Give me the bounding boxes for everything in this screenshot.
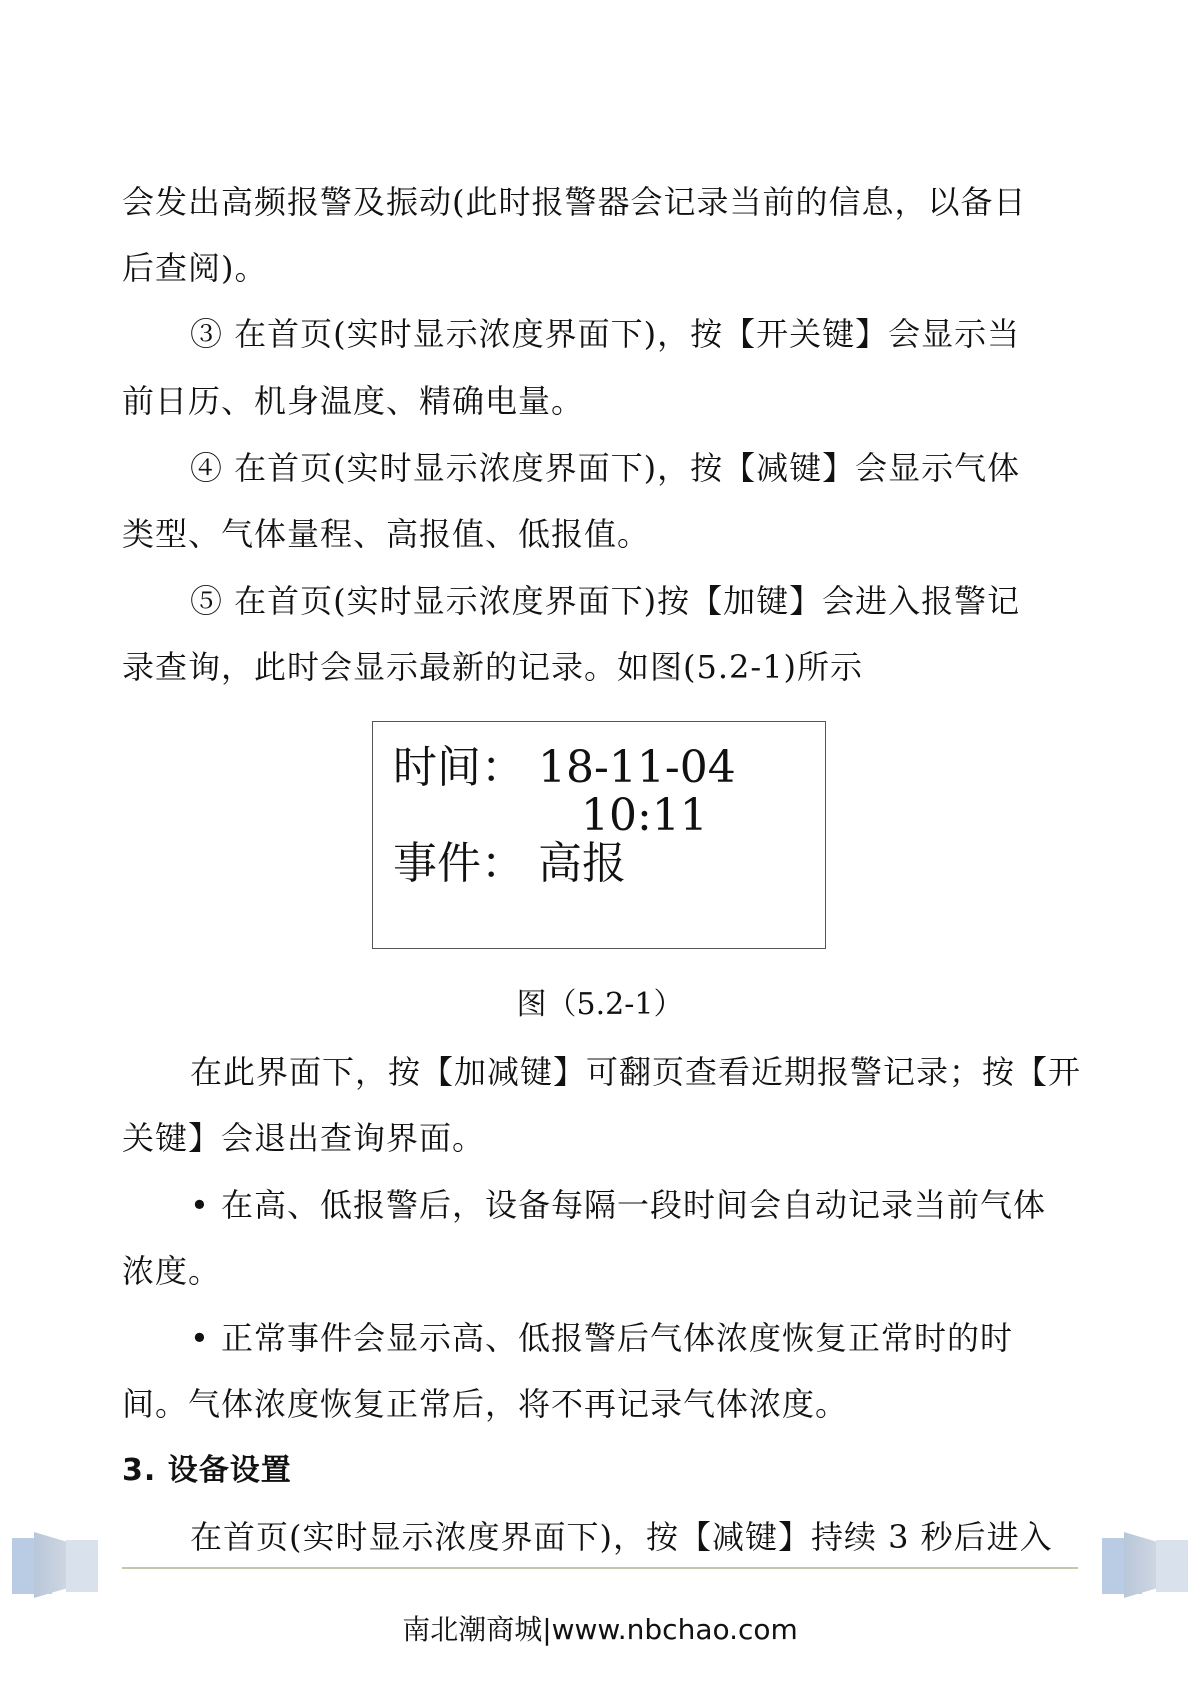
paragraph-line: 录查询，此时会显示最新的记录。如图(5.2-1)所示 bbox=[122, 647, 863, 687]
paragraph-line: 浓度。 bbox=[122, 1251, 221, 1291]
paragraph-line: 前日历、机身温度、精确电量。 bbox=[122, 381, 584, 421]
event-value: 高报 bbox=[538, 840, 626, 888]
left-book-decoration-icon bbox=[4, 1532, 100, 1598]
paragraph-line: 在首页(实时显示浓度界面下)，按【减键】持续 3 秒后进入 bbox=[190, 1517, 1053, 1557]
paragraph-line: 后查阅)。 bbox=[122, 248, 268, 288]
figure-caption: 图（5.2-1） bbox=[0, 985, 1200, 1025]
record-time: 10:11 bbox=[581, 792, 708, 840]
footer-site-link[interactable]: 南北潮商城|www.nbchao.com bbox=[0, 1612, 1200, 1648]
list-item-4: ④ 在首页(实时显示浓度界面下)，按【减键】会显示气体 bbox=[190, 448, 1020, 488]
paragraph-line: 类型、气体量程、高报值、低报值。 bbox=[122, 514, 650, 554]
device-screen-figure: 时间： 18-11-04 10:11 事件： 高报 bbox=[372, 721, 826, 949]
right-book-decoration-icon bbox=[1094, 1532, 1190, 1598]
record-date: 18-11-04 bbox=[538, 744, 736, 792]
paragraph-line: 关键】会退出查询界面。 bbox=[122, 1118, 485, 1158]
bullet-item: • 在高、低报警后，设备每隔一段时间会自动记录当前气体 bbox=[190, 1185, 1046, 1225]
time-label: 时间： bbox=[393, 744, 525, 792]
paragraph-line: 会发出高频报警及振动(此时报警器会记录当前的信息，以备日 bbox=[122, 182, 1027, 222]
section-heading: 3. 设备设置 bbox=[122, 1451, 292, 1491]
event-label: 事件： bbox=[393, 840, 525, 888]
paragraph-line: 在此界面下，按【加减键】可翻页查看近期报警记录；按【开 bbox=[190, 1052, 1081, 1092]
bullet-item: • 正常事件会显示高、低报警后气体浓度恢复正常时的时 bbox=[190, 1318, 1013, 1358]
paragraph-line: 间。气体浓度恢复正常后，将不再记录气体浓度。 bbox=[122, 1384, 848, 1424]
list-item-5: ⑤ 在首页(实时显示浓度界面下)按【加键】会进入报警记 bbox=[190, 581, 1020, 621]
footer-divider bbox=[122, 1567, 1078, 1569]
list-item-3: ③ 在首页(实时显示浓度界面下)，按【开关键】会显示当 bbox=[190, 314, 1020, 354]
